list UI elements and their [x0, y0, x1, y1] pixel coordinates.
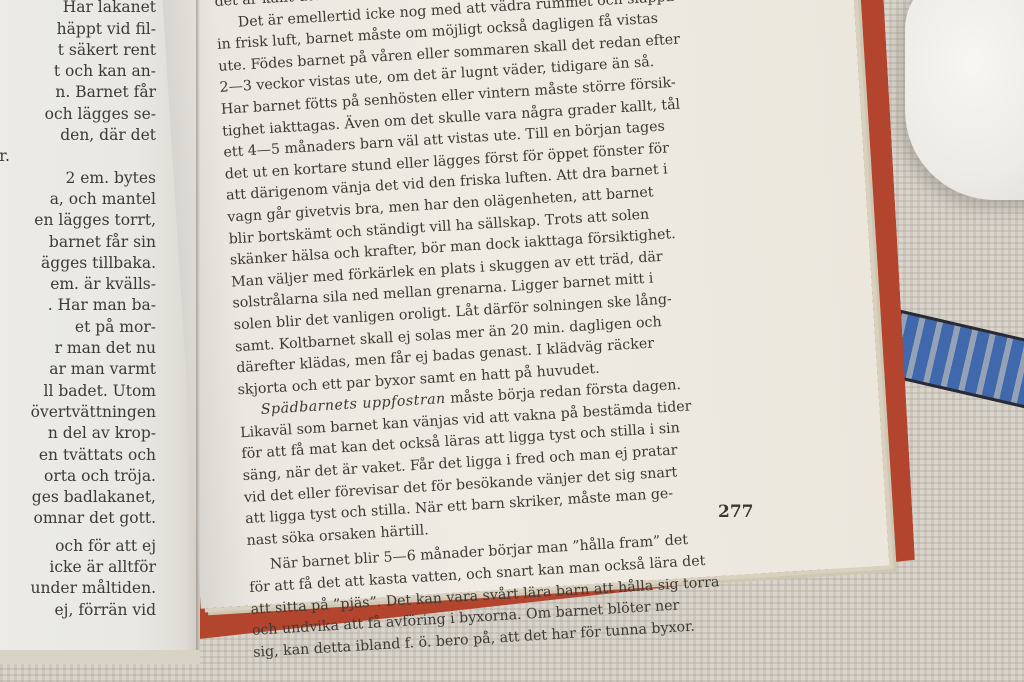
text-line: n del av krop- [0, 423, 156, 444]
text-line: ägges tillbaka. [0, 253, 156, 274]
text-line: t säkert rent [0, 40, 156, 61]
text-line: em. är kvälls- [0, 274, 156, 295]
text-line: orta och tröja. [0, 466, 156, 487]
text-line: barnet får sin [0, 232, 156, 253]
text-line: r man det nu [0, 338, 156, 359]
text-line: Har lakanet [0, 0, 156, 19]
text-line: ges badlakanet, [0, 487, 156, 508]
left-page-text: ng med rent Har lakanet häppt vid fil- t… [0, 0, 156, 621]
text-line: et på mor- [0, 317, 156, 338]
text-line: och lägges se- [0, 104, 156, 125]
text-line: omnar det gott. [0, 508, 156, 529]
text-line: n. Barnet får [0, 82, 156, 103]
text-line: ej, förrän vid [0, 600, 156, 621]
book-gutter [196, 0, 200, 650]
white-towel [905, 0, 1024, 200]
text-line: häppt vid fil- [0, 19, 156, 40]
page-number: 277 [718, 502, 754, 522]
text-line: t och kan an- [0, 61, 156, 82]
text-line: och för att ej [0, 536, 156, 557]
text-line: ar. [0, 146, 156, 167]
text-line: övertvättningen [0, 402, 156, 423]
right-page-text: det är kallt ute. Det är emellertid icke… [214, 0, 793, 664]
text-line: a, och mantel [0, 189, 156, 210]
text-line: den, där det [0, 125, 156, 146]
text-line: ll badet. Utom [0, 381, 156, 402]
text-line: icke är alltför [0, 557, 156, 578]
text-line: ar man varmt [0, 359, 156, 380]
text-line: under måltiden. [0, 578, 156, 599]
text-line: en lägges torrt, [0, 210, 156, 231]
text-line: . Har man ba- [0, 295, 156, 316]
text-line: en tvättats och [0, 445, 156, 466]
text-line: 2 em. bytes [0, 168, 156, 189]
